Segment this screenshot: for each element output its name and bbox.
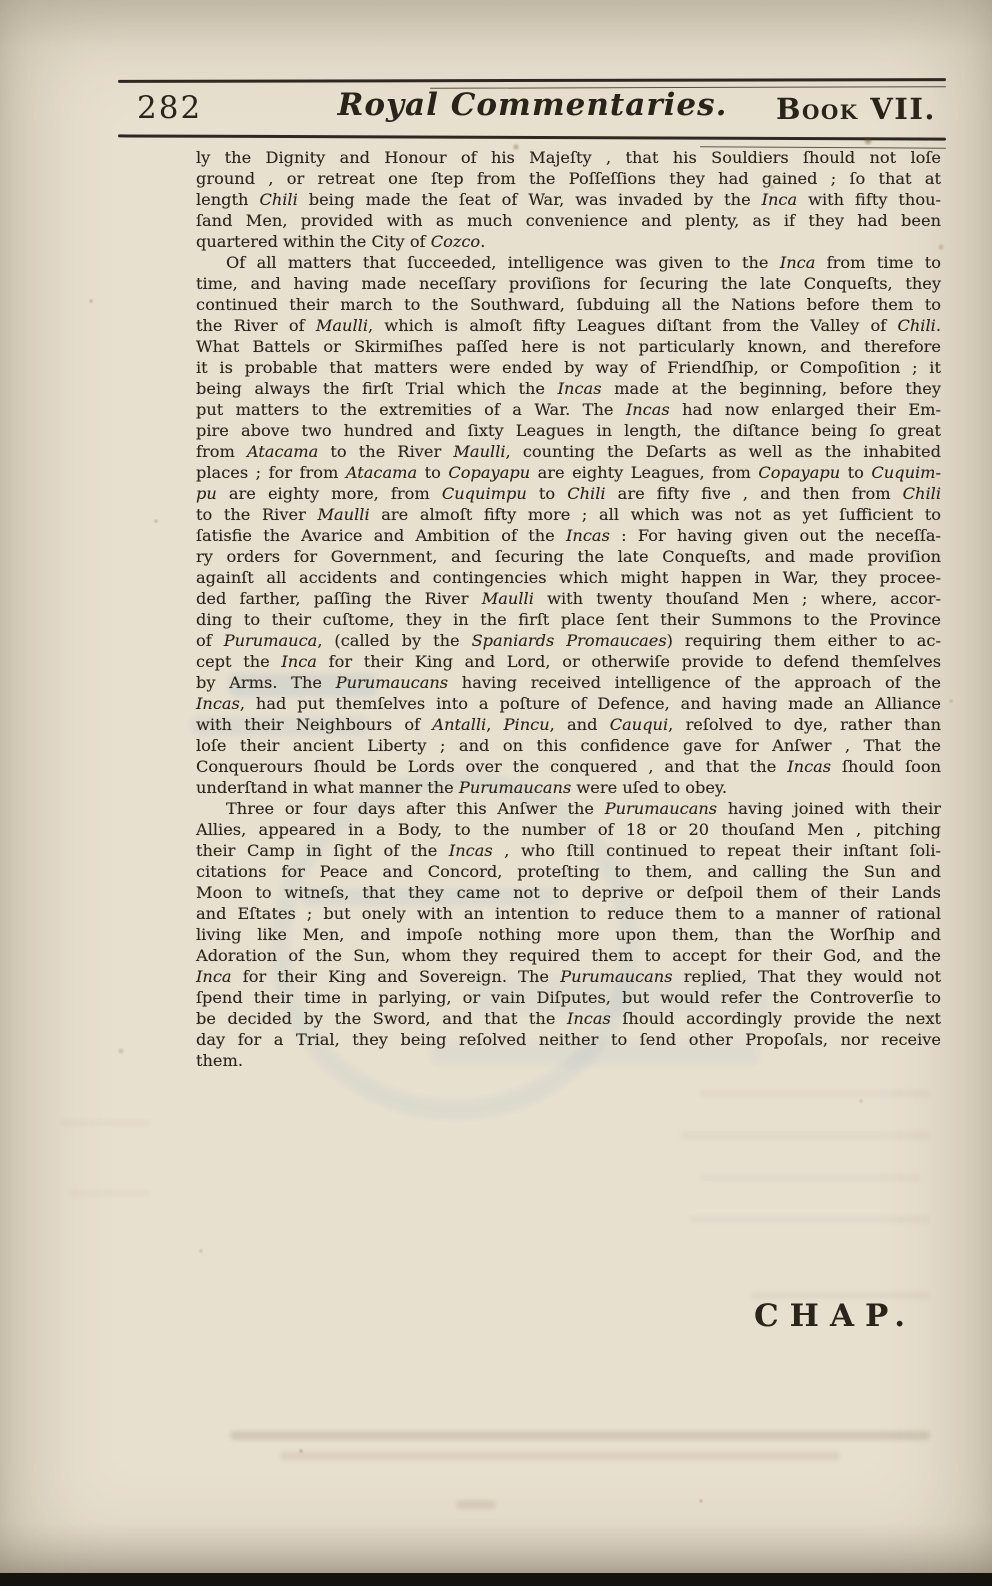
text-line: Adoration of the Sun, whom they required… <box>196 945 941 966</box>
text-line: to the River Maulli are almoſt fifty mor… <box>196 504 941 525</box>
text-line: length Chili being made the ſeat of War,… <box>196 189 941 210</box>
text-line: cept the Inca for their King and Lord, o… <box>196 651 941 672</box>
catchword: CHAP. <box>754 1298 916 1334</box>
text-line: pire above two hundred and ſixty Leagues… <box>196 420 941 441</box>
text-line: of Purumauca, (called by the Spaniards P… <box>196 630 941 651</box>
text-line: Inca for their King and Sovereign. The P… <box>196 966 941 987</box>
text-line: ding to their cuſtome, they in the firſt… <box>196 609 941 630</box>
text-line: it is probable that matters were ended b… <box>196 357 941 378</box>
text-line: Of all matters that ſucceeded, intellige… <box>196 252 941 273</box>
text-line: being always the firſt Trial which the I… <box>196 378 941 399</box>
text-line: citations for Peace and Concord, proteſt… <box>196 861 941 882</box>
text-line: by Arms. The Purumaucans having received… <box>196 672 941 693</box>
text-line: againſt all accidents and contingencies … <box>196 567 941 588</box>
text-line: pu are eighty more, from Cuquimpu to Chi… <box>196 483 941 504</box>
text-line: from Atacama to the River Maulli, counti… <box>196 441 941 462</box>
header-rule-top <box>118 78 946 83</box>
showthrough-artifact <box>700 1090 930 1097</box>
text-line: Allies, appeared in a Body, to the numbe… <box>196 819 941 840</box>
text-line: ſpend their time in parlying, or vain Di… <box>196 987 941 1008</box>
text-line: their Camp in ſight of the Incas , who ſ… <box>196 840 941 861</box>
text-line: ry orders for Government, and ſecuring t… <box>196 546 941 567</box>
text-line: continued their march to the Southward, … <box>196 294 941 315</box>
text-line: time, and having made neceſſary proviſio… <box>196 273 941 294</box>
text-line: ground , or retreat one ſtep from the Po… <box>196 168 941 189</box>
showthrough-artifact <box>60 1120 150 1126</box>
paragraph: ly the Dignity and Honour of his Majeſty… <box>196 147 941 252</box>
showthrough-artifact <box>230 1431 930 1440</box>
book-page: 282 Royal Commentaries. Book VII. ly the… <box>0 0 992 1586</box>
showthrough-artifact <box>70 1190 150 1196</box>
text-line: living like Men, and impoſe nothing more… <box>196 924 941 945</box>
text-line: Three or four days after this Anſwer the… <box>196 798 941 819</box>
showthrough-artifact <box>456 1500 496 1509</box>
text-line: Conquerours ſhould be Lords over the con… <box>196 756 941 777</box>
text-line: What Battels or Skirmiſhes paſſed here i… <box>196 336 941 357</box>
text-line: day for a Trial, they being reſolved nei… <box>196 1029 941 1050</box>
body-text: ly the Dignity and Honour of his Majeſty… <box>196 147 941 1071</box>
book-label: Book VII. <box>776 92 936 126</box>
scan-edge-bottom <box>0 1573 992 1586</box>
text-line: ſatisfie the Avarice and Ambition of the… <box>196 525 941 546</box>
text-line: loſe their ancient Liberty ; and on this… <box>196 735 941 756</box>
text-line: be decided by the Sword, and that the In… <box>196 1008 941 1029</box>
paragraph: Of all matters that ſucceeded, intellige… <box>196 252 941 798</box>
text-line: and Eſtates ; but onely with an intentio… <box>196 903 941 924</box>
header-rule-bottom <box>118 134 946 140</box>
text-line: underſtand in what manner the Purumaucan… <box>196 777 941 798</box>
text-line: quartered within the City of Cozco. <box>196 231 941 252</box>
text-line: ſand Men, provided with as much convenie… <box>196 210 941 231</box>
text-line: Moon to witneſs, that they came not to d… <box>196 882 941 903</box>
text-line: places ; for from Atacama to Copayapu ar… <box>196 462 941 483</box>
showthrough-artifact <box>700 1174 920 1181</box>
showthrough-artifact <box>680 1132 930 1139</box>
text-line: with their Neighbours of Antalli, Pincu,… <box>196 714 941 735</box>
showthrough-artifact <box>690 1216 930 1223</box>
text-line: the River of Maulli, which is almoſt fif… <box>196 315 941 336</box>
text-line: Incas, had put themſelves into a poſture… <box>196 693 941 714</box>
text-line: put matters to the extremities of a War.… <box>196 399 941 420</box>
paragraph: Three or four days after this Anſwer the… <box>196 798 941 1071</box>
text-line: ded farther, paſſing the River Maulli wi… <box>196 588 941 609</box>
text-line: ly the Dignity and Honour of his Majeſty… <box>196 147 941 168</box>
showthrough-artifact <box>280 1452 840 1460</box>
text-line: them. <box>196 1050 941 1071</box>
